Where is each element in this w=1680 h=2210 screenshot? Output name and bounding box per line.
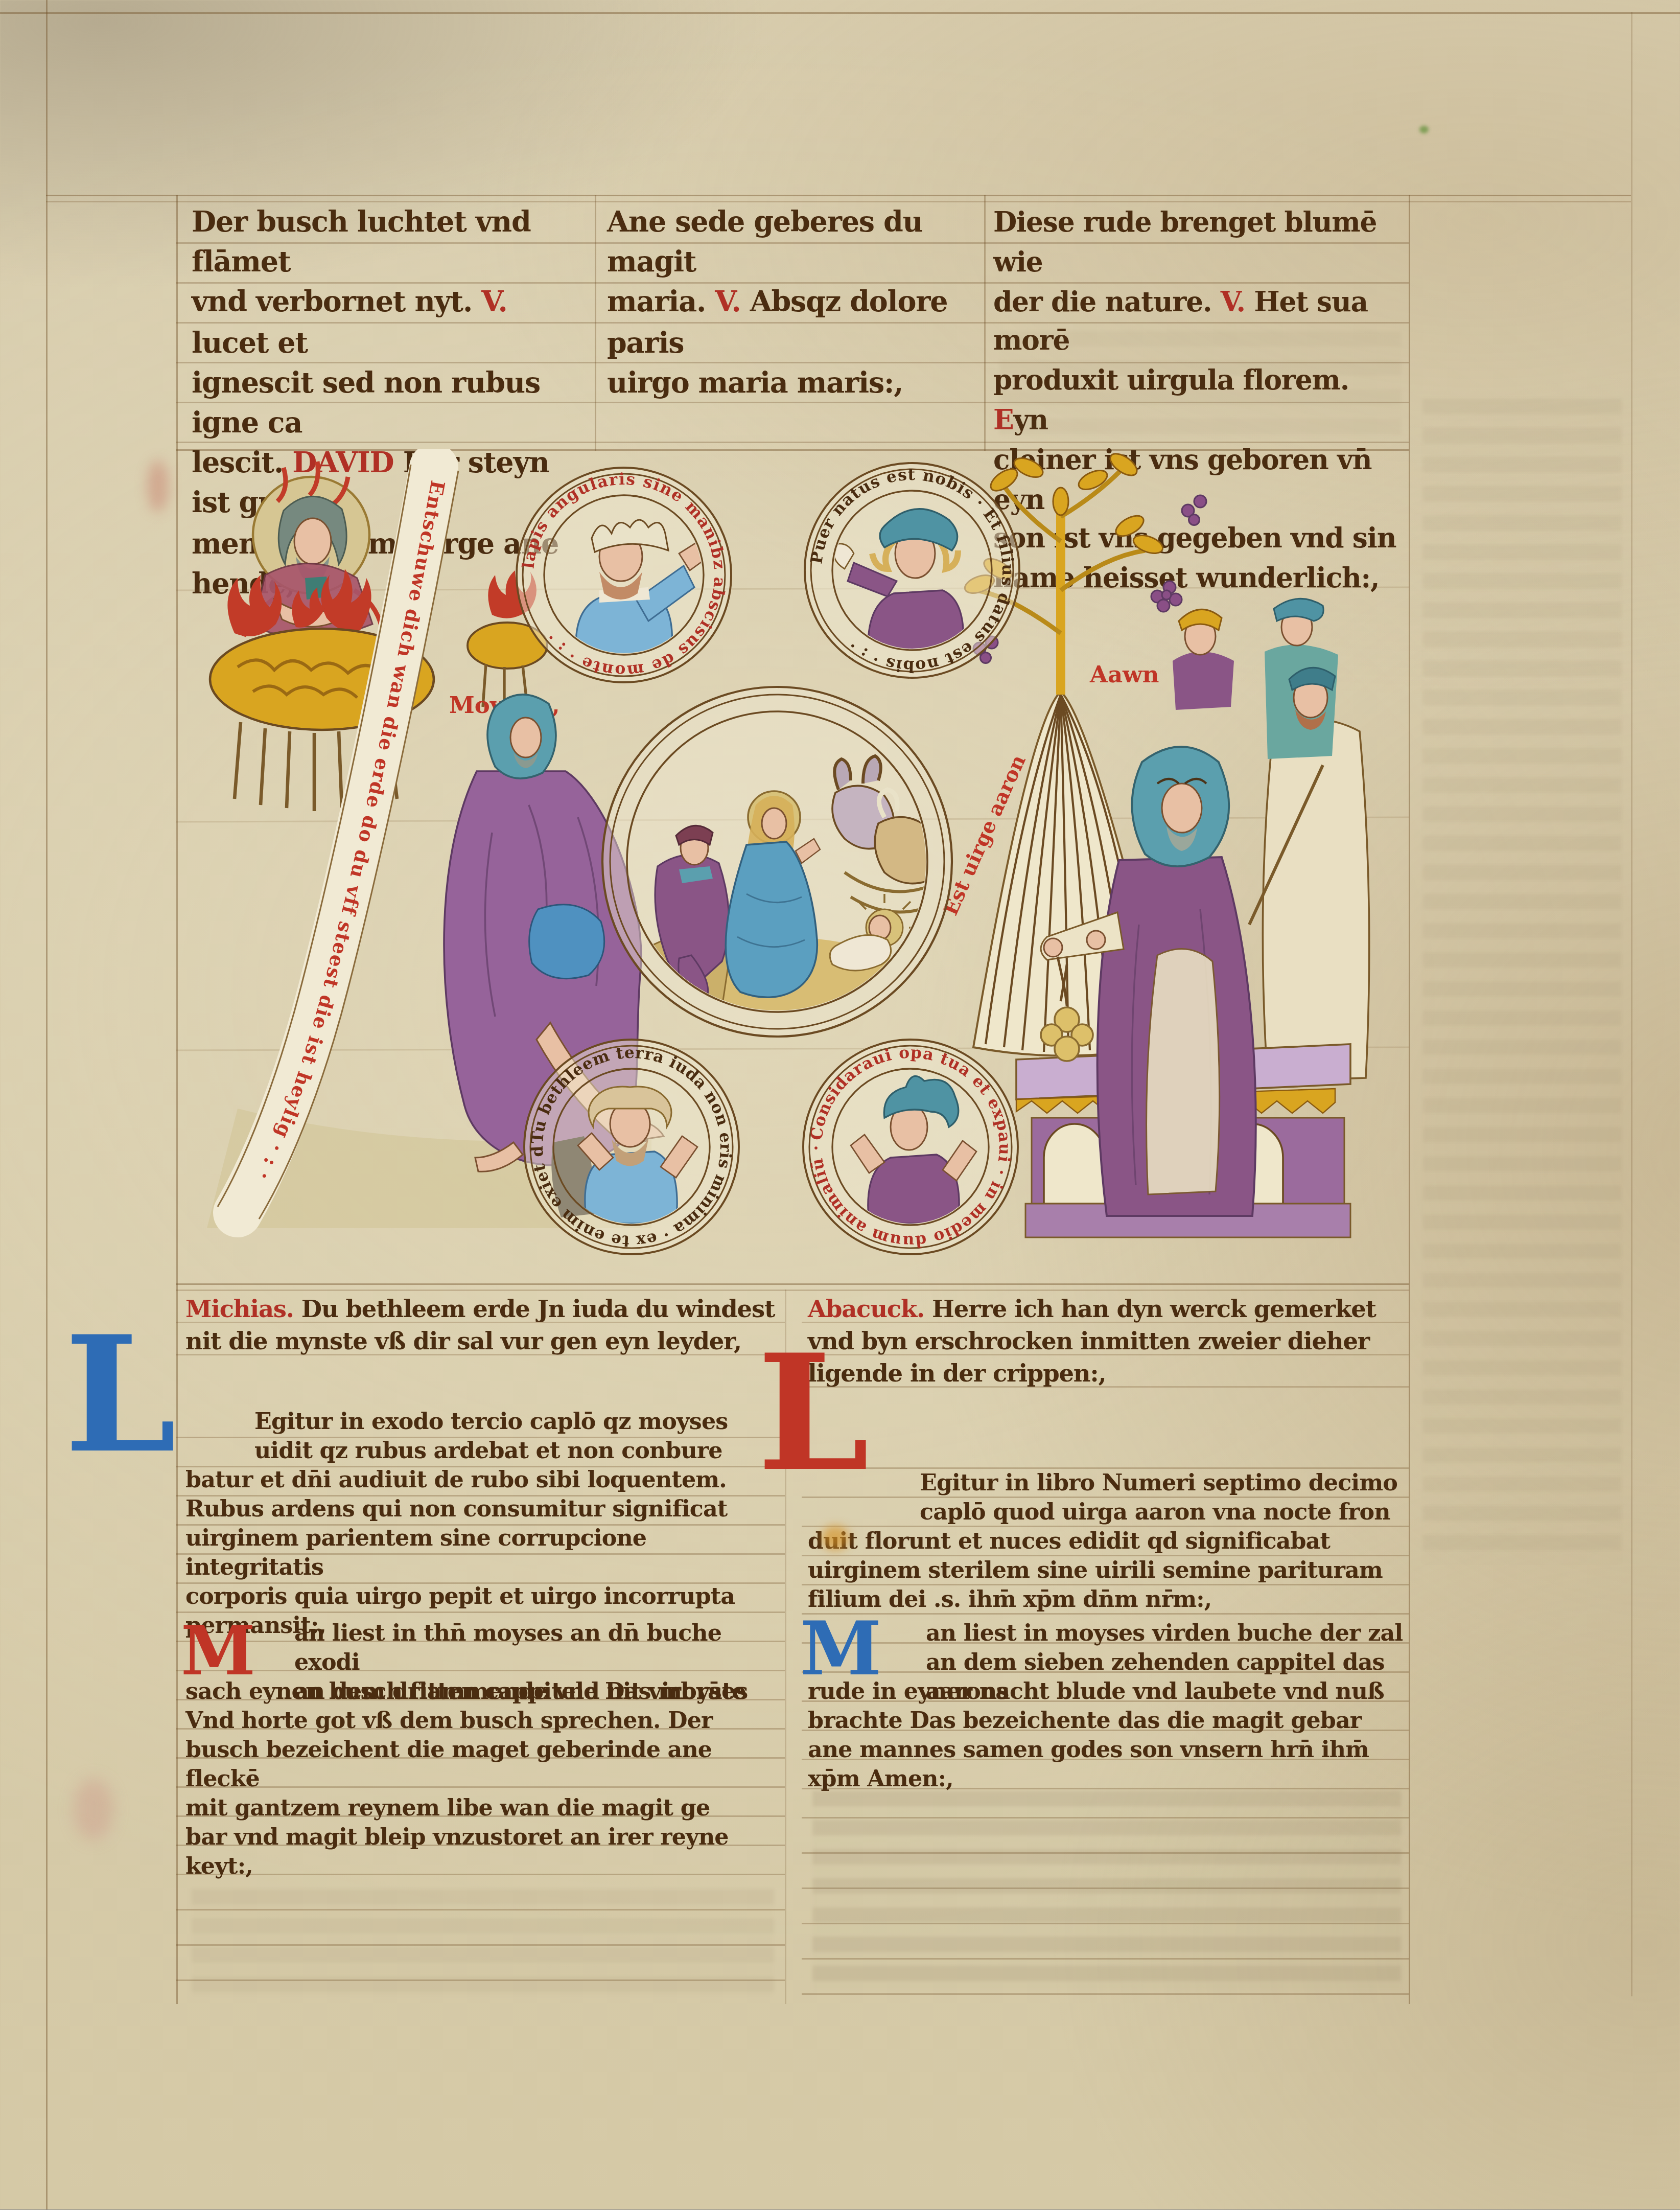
latin-right-body: duit florunt et nuces edidit qd signific… xyxy=(808,1527,1409,1615)
top-text-middle-column: Ane sede geberes du magit maria. V. Absq… xyxy=(607,204,979,405)
initial-M-left: M xyxy=(181,1619,255,1687)
manuscript-scan: Der busch luchtet vnd flāmet vnd verborn… xyxy=(0,0,1680,2210)
bystander-cream-robe xyxy=(1263,719,1369,1081)
green-speck xyxy=(1419,126,1429,133)
latin-right-lead: Egitur in libro Numeri septimo decimo ca… xyxy=(920,1469,1410,1527)
german-left-body: sach eynen busch flammende vnd nit virbr… xyxy=(185,1677,789,1881)
showthrough-right-margin xyxy=(1422,399,1622,1564)
parchment-page: Der busch luchtet vnd flāmet vnd verborn… xyxy=(0,0,1680,2210)
red-margin-mark xyxy=(147,460,169,512)
latin-left-body: batur et dn̄i audiuit de rubo sibi loque… xyxy=(185,1466,789,1641)
medallion-top-left: lapis angularis sine manibz abscisus de … xyxy=(517,468,731,682)
initial-L-left: L xyxy=(64,1316,176,1475)
german-right-body: rude in eyner nacht blude vnd laubete vn… xyxy=(808,1677,1409,1794)
showthrough-col2 xyxy=(999,331,1401,439)
showthrough-left-column xyxy=(192,1889,774,1996)
medallion-top-right: Puer natus est nobis · Et filius datus e… xyxy=(805,463,1019,678)
bystander-gold-hat xyxy=(1173,609,1234,710)
miniature-illustration: Entschuwe dich wan die erde do du vff st… xyxy=(176,449,1409,1283)
showthrough-right-column xyxy=(812,1791,1401,1990)
pink-smudge xyxy=(74,1779,113,1840)
micheas-header: Michias. Du bethleem erde Jn iuda du win… xyxy=(185,1293,789,1357)
aaron-label: Aawn xyxy=(1089,661,1159,688)
nativity-medallion xyxy=(602,687,952,1037)
latin-left-lead: Egitur in exodo tercio caplō qz moyses u… xyxy=(254,1408,788,1466)
initial-M-right: M xyxy=(800,1613,881,1687)
abacuck-header: Abacuck. Herre ich han dyn werck gemerke… xyxy=(808,1293,1409,1389)
orange-stain xyxy=(822,1526,849,1550)
